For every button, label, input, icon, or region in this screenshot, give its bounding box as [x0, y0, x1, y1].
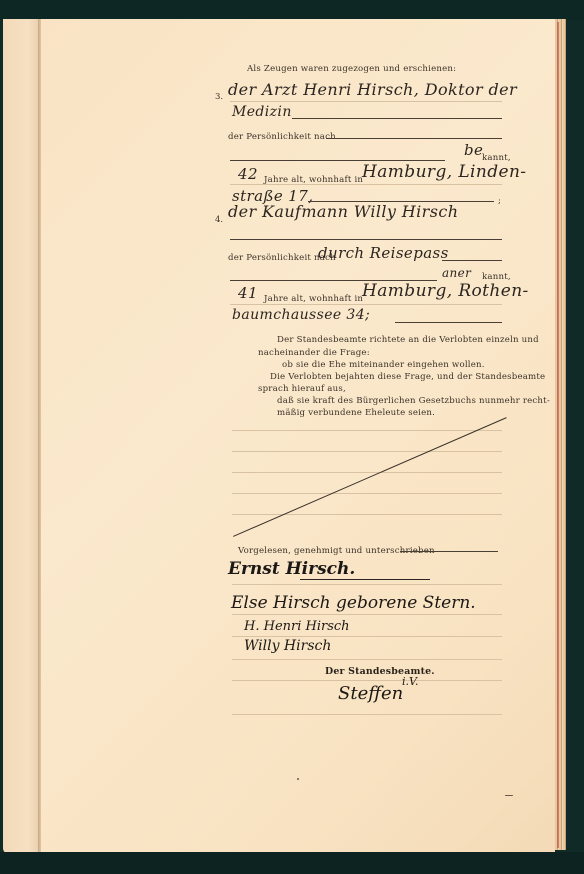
- declaration-line-2: nacheinander die Frage:: [258, 348, 370, 358]
- declaration-line-6: daß sie kraft des Bürgerlichen Gesetzbuc…: [277, 396, 550, 406]
- witness-4-age-label: Jahre alt, wohnhaft in: [264, 294, 363, 304]
- blank-line: [442, 260, 502, 261]
- declaration-line-1: Der Standesbeamte richtete an die Verlob…: [277, 335, 539, 345]
- registrar-signature: Steffen: [338, 683, 403, 704]
- signature-underline: [300, 579, 430, 580]
- ruled-line: [232, 493, 502, 494]
- declaration-line-7: mäßig verbundene Eheleute seien.: [277, 408, 435, 418]
- blank-line: [292, 118, 502, 119]
- witness-4-residence-line-1: Hamburg, Rothen-: [362, 281, 529, 301]
- witness-4-residence-line-2: baumchaussee 34;: [232, 307, 370, 323]
- witness-3-known-suffix: be: [464, 141, 483, 159]
- ruled-line: [232, 430, 502, 431]
- ruled-line: [232, 636, 502, 637]
- blank-line: [230, 160, 445, 161]
- signature-3: H. Henri Hirsch: [244, 619, 350, 634]
- ink-speck: [505, 795, 513, 796]
- signature-2: Else Hirsch geborene Stern.: [231, 593, 476, 613]
- registrar-signature-suffix: i.V.: [402, 675, 419, 688]
- declaration-line-3: ob sie die Ehe miteinander eingehen woll…: [282, 360, 485, 370]
- ruled-line: [230, 304, 502, 305]
- ruled-line: [230, 101, 502, 102]
- ruled-line: [232, 514, 502, 515]
- signature-1: Ernst Hirsch.: [228, 559, 355, 579]
- witness-3-residence-line-1: Hamburg, Linden-: [362, 162, 526, 182]
- witness-3-number: 3.: [215, 92, 223, 102]
- declaration-line-5: sprach hierauf aus,: [258, 384, 346, 394]
- witness-3-line-end: ;: [498, 196, 501, 206]
- witness-4-identity-value: durch Reisepass: [318, 244, 449, 262]
- ruled-line: [232, 659, 502, 660]
- scanner-background-top: [0, 0, 584, 20]
- scanner-background-bottom: [0, 852, 584, 874]
- ruled-line: [232, 714, 502, 715]
- left-page-edge: [3, 19, 39, 854]
- signature-4: Willy Hirsch: [244, 638, 331, 654]
- blank-line: [400, 551, 498, 552]
- ink-speck: [297, 778, 299, 780]
- witness-4-name-line-1: der Kaufmann Willy Hirsch: [228, 202, 458, 221]
- ruled-line: [232, 451, 502, 452]
- witness-3-age: 42: [238, 165, 258, 183]
- witnesses-intro: Als Zeugen waren zugezogen und erschiene…: [247, 64, 456, 74]
- witness-3-name-line-2: Medizin: [232, 104, 292, 120]
- declaration-line-4: Die Verlobten bejahten diese Frage, und …: [270, 372, 545, 382]
- witness-4-age: 41: [238, 284, 258, 302]
- witness-3-identity-label: der Persönlichkeit nach: [228, 132, 336, 142]
- ruled-line: [232, 614, 502, 615]
- ruled-line: [232, 680, 502, 681]
- ruled-line: [230, 184, 502, 185]
- red-page-edge: [557, 22, 559, 848]
- ruled-line: [232, 472, 502, 473]
- witness-4-number: 4.: [215, 215, 223, 225]
- blank-line: [395, 322, 502, 323]
- witness-3-name-line-1: der Arzt Henri Hirsch, Doktor der: [228, 80, 517, 99]
- witness-4-known-suffix: aner: [442, 266, 471, 280]
- blank-line: [326, 138, 502, 139]
- blank-line: [230, 239, 502, 240]
- ruled-line: [232, 584, 502, 585]
